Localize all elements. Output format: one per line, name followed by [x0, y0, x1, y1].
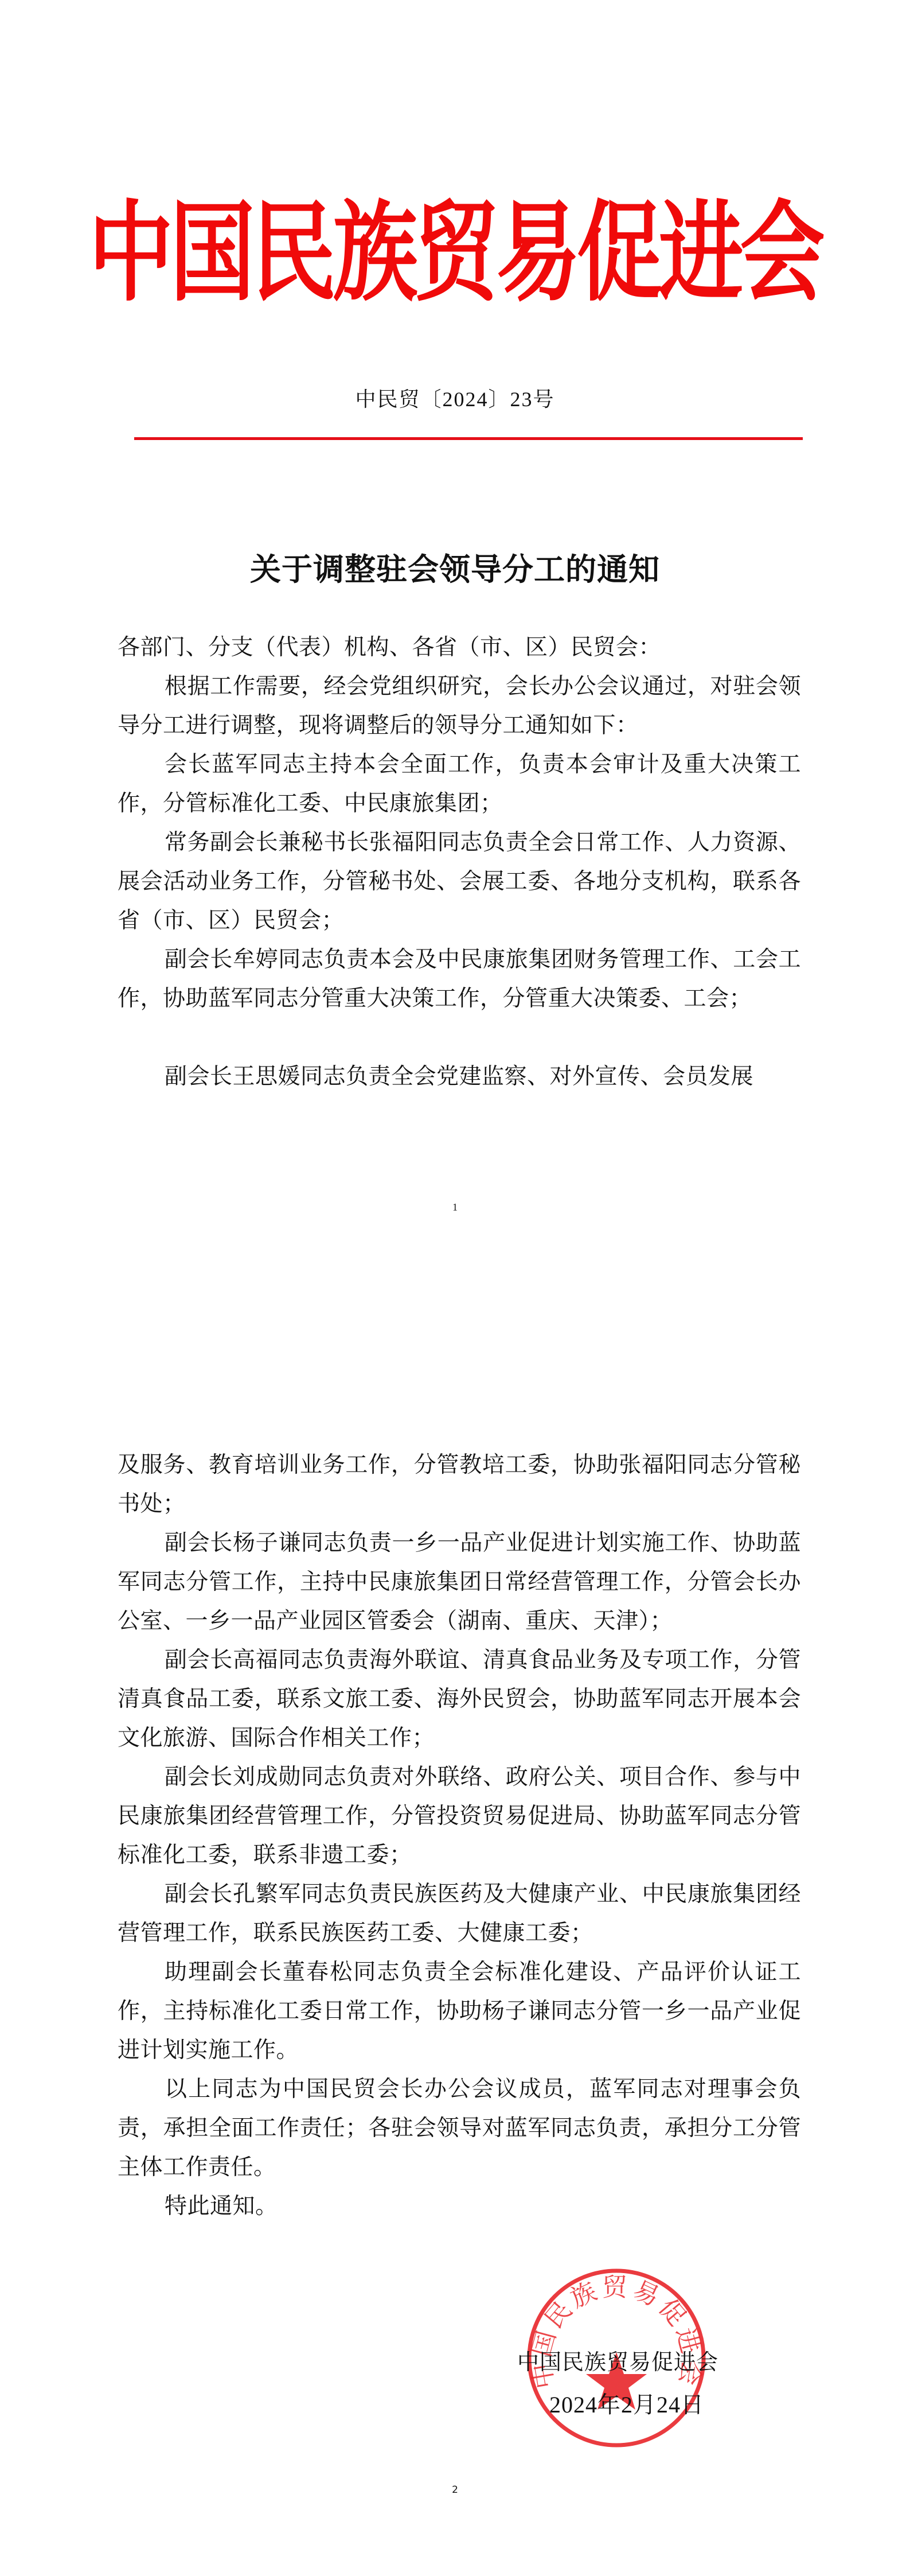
body-paragraph: 副会长高福同志负责海外联谊、清真食品业务及专项工作，分管清真食品工委，联系文旅工…: [118, 1641, 801, 1758]
masthead-title: 中国民族贸易促进会: [0, 182, 910, 322]
signature-date: 2024年2月24日: [549, 2387, 704, 2419]
body-paragraph: 副会长孔繁军同志负责民族医药及大健康产业、中民康旅集团经营管理工作，联系民族医药…: [118, 1875, 801, 1953]
body-paragraph: 助理副会长董春松同志负责全会标准化建设、产品评价认证工作，主持标准化工委日常工作…: [118, 1953, 801, 2070]
body-paragraph: 副会长王思媛同志负责全会党建监察、对外宣传、会员发展: [118, 1057, 801, 1096]
body-paragraph: 副会长杨子谦同志负责一乡一品产业促进计划实施工作、协助蓝军同志分管工作，主持中民…: [118, 1524, 801, 1641]
body-paragraph: 常务副会长兼秘书长张福阳同志负责全会日常工作、人力资源、展会活动业务工作，分管秘…: [118, 823, 801, 940]
salutation: 各部门、分支（代表）机构、各省（市、区）民贸会：: [118, 628, 801, 667]
page-number: 2: [0, 2484, 910, 2496]
closing-line: 特此通知。: [118, 2187, 801, 2226]
body-paragraph: 以上同志为中国民贸会长办公会议成员，蓝军同志对理事会负责，承担全面工作责任；各驻…: [118, 2070, 801, 2187]
body-paragraph: 副会长刘成勋同志负责对外联络、政府公关、项目合作、参与中民康旅集团经营管理工作，…: [118, 1758, 801, 1875]
body-paragraph: 副会长牟婷同志负责本会及中民康旅集团财务管理工作、工会工作，协助蓝军同志分管重大…: [118, 940, 801, 1018]
signature-organization: 中国民族贸易促进会: [517, 2344, 718, 2376]
body-paragraph: 会长蓝军同志主持本会全面工作，负责本会审计及重大决策工作，分管标准化工委、中民康…: [118, 745, 801, 823]
document-number: 中民贸〔2024〕23号: [0, 383, 910, 413]
red-divider-rule: [134, 437, 803, 440]
body-paragraph: 及服务、教育培训业务工作，分管教培工委，协助张福阳同志分管秘书处；: [118, 1446, 801, 1524]
page-number: 1: [0, 1201, 910, 1213]
notice-heading: 关于调整驻会领导分工的通知: [0, 545, 910, 589]
body-paragraph: 根据工作需要，经会党组织研究，会长办公会议通过，对驻会领导分工进行调整，现将调整…: [118, 667, 801, 745]
